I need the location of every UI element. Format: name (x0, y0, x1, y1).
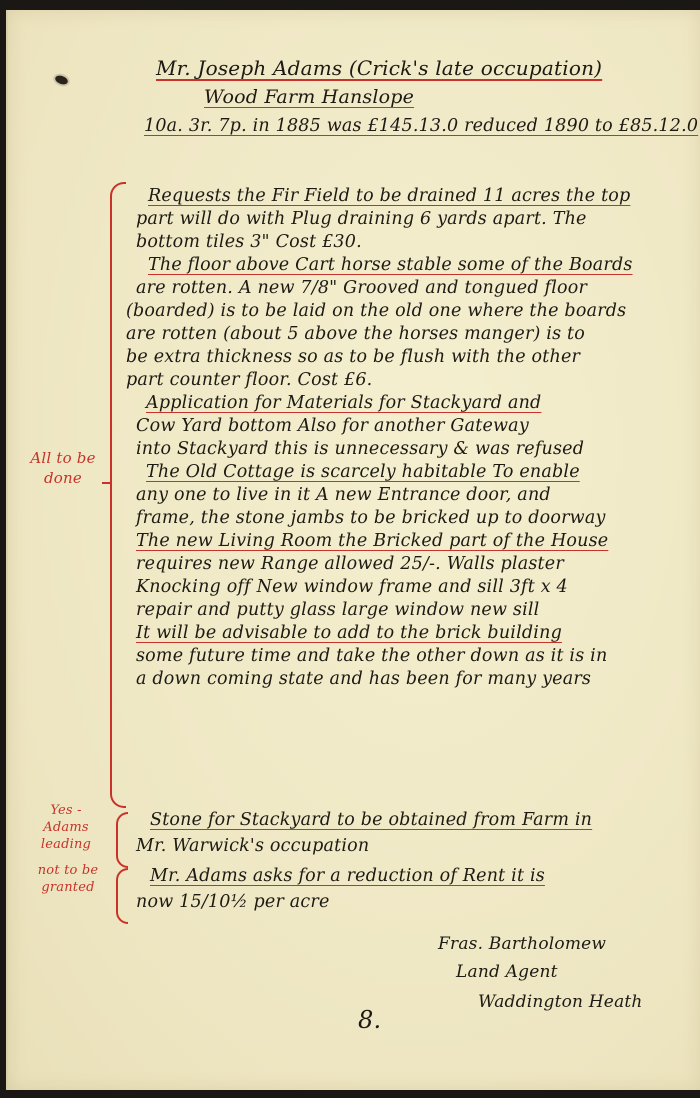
margin-note-all-done: All to be done (28, 448, 98, 488)
body-line: It will be advisable to add to the brick… (136, 623, 562, 643)
body-line: part will do with Plug draining 6 yards … (136, 209, 587, 229)
margin-brace-all-done (110, 182, 126, 808)
body-line: Cow Yard bottom Also for another Gateway (136, 416, 529, 436)
body-line: Requests the Fir Field to be drained 11 … (148, 186, 630, 206)
body-line: a down coming state and has been for man… (136, 669, 591, 689)
header-rent-line: 10a. 3r. 7p. in 1885 was £145.13.0 reduc… (144, 116, 698, 136)
margin-note-yes-adams: Yes - Adams leading (26, 802, 106, 853)
body-line: some future time and take the other down… (136, 646, 607, 666)
body-line: (boarded) is to be laid on the old one w… (126, 301, 626, 321)
body-line: Application for Materials for Stackyard … (146, 393, 541, 413)
punch-hole (51, 71, 71, 88)
body-line: The floor above Cart horse stable some o… (148, 255, 633, 275)
body-line: part counter floor. Cost £6. (126, 370, 372, 390)
letter-page: Mr. Joseph Adams (Crick's late occupatio… (6, 10, 700, 1090)
body-line: now 15/10½ per acre (136, 892, 330, 912)
body-line: The Old Cottage is scarcely habitable To… (146, 462, 580, 482)
body-line: frame, the stone jambs to be bricked up … (136, 508, 606, 528)
signature-title: Land Agent (456, 962, 558, 982)
body-line: Mr. Warwick's occupation (136, 836, 369, 856)
signature-name: Fras. Bartholomew (438, 934, 606, 954)
body-line: are rotten. A new 7/8" Grooved and tongu… (136, 278, 587, 298)
body-line: repair and putty glass large window new … (136, 600, 539, 620)
body-line: Knocking off New window frame and sill 3… (136, 577, 568, 597)
body-line: any one to live in it A new Entrance doo… (136, 485, 551, 505)
folio-number: 8. (358, 1006, 381, 1034)
brace-tip (102, 482, 110, 484)
header-name-line: Mr. Joseph Adams (Crick's late occupatio… (156, 56, 602, 80)
body-line: Stone for Stackyard to be obtained from … (150, 810, 592, 830)
body-line: requires new Range allowed 25/-. Walls p… (136, 554, 564, 574)
body-line: Mr. Adams asks for a reduction of Rent i… (150, 866, 545, 886)
body-line: The new Living Room the Bricked part of … (136, 531, 608, 551)
body-line: be extra thickness so as to be flush wit… (126, 347, 580, 367)
margin-brace-yes-adams (116, 812, 128, 868)
signature-place: Waddington Heath (478, 992, 643, 1012)
header-farm-line: Wood Farm Hanslope (204, 86, 414, 108)
body-line: are rotten (about 5 above the horses man… (126, 324, 585, 344)
margin-brace-not-granted (116, 868, 128, 924)
margin-note-not-granted: not to be granted (28, 862, 108, 896)
body-line: bottom tiles 3" Cost £30. (136, 232, 362, 252)
body-line: into Stackyard this is unnecessary & was… (136, 439, 584, 459)
